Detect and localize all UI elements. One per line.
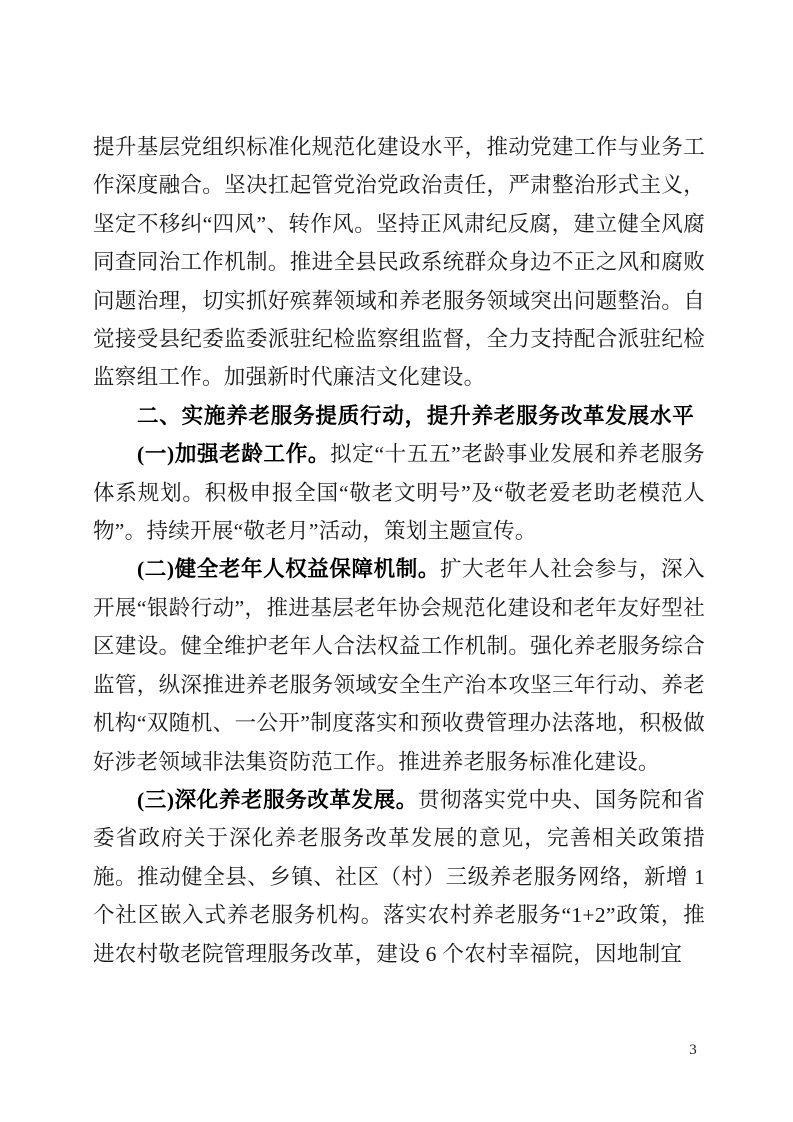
paragraph-text: 贯彻落实党中央、国务院和省委省政府关于深化养老服务改革发展的意见，完善相关政策措… <box>93 788 705 966</box>
paragraph-text: 扩大老年人社会参与，深入开展“银龄行动”，推进基层老年协会规范化建设和老年友好型… <box>93 557 705 773</box>
paragraph-text: 提升基层党组织标准化规范化建设水平，推动党建工作与业务工作深度融合。坚决扛起管党… <box>93 135 705 389</box>
paragraph-lead-label: (二)健全老年人权益保障机制。 <box>137 557 440 581</box>
paragraph-item-1-aging-work: (一)加强老龄工作。拟定“十五五”老龄事业发展和养老服务体系规划。积极申报全国“… <box>93 435 705 550</box>
paragraph-item-3-service-reform: (三)深化养老服务改革发展。贯彻落实党中央、国务院和省委省政府关于深化养老服务改… <box>93 781 705 973</box>
paragraph-lead-label: (三)深化养老服务改革发展。 <box>137 788 418 812</box>
paragraph-lead-label: (一)加强老龄工作。 <box>137 442 330 466</box>
document-body: 提升基层党组织标准化规范化建设水平，推动党建工作与业务工作深度融合。坚决扛起管党… <box>93 128 705 973</box>
page-number: 3 <box>681 1040 705 1060</box>
document-page: 提升基层党组织标准化规范化建设水平，推动党建工作与业务工作深度融合。坚决扛起管党… <box>0 0 793 1122</box>
section-heading-text: 二、实施养老服务提质行动，提升养老服务改革发展水平 <box>137 404 695 428</box>
paragraph-party-building-continuation: 提升基层党组织标准化规范化建设水平，推动党建工作与业务工作深度融合。坚决扛起管党… <box>93 128 705 397</box>
section-heading-2: 二、实施养老服务提质行动，提升养老服务改革发展水平 <box>93 397 705 435</box>
paragraph-item-2-elderly-rights: (二)健全老年人权益保障机制。扩大老年人社会参与，深入开展“银龄行动”，推进基层… <box>93 550 705 780</box>
